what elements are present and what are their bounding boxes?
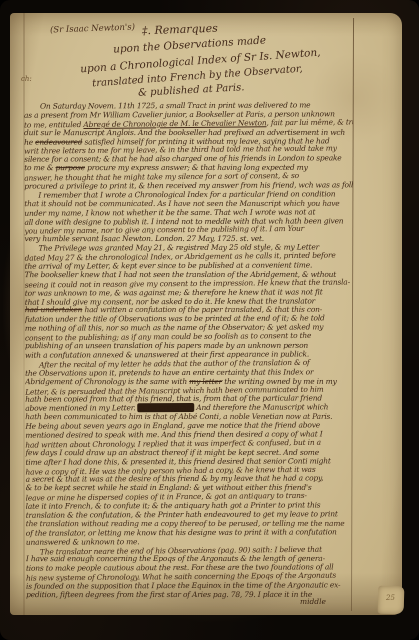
margin-note: ch: <box>21 75 32 83</box>
manuscript-line: the translation without reading me a cop… <box>26 520 355 529</box>
manuscript-line: duit sur le Manuscript Anglois. And the … <box>24 129 353 138</box>
manuscript-line: that it should not be communicated. As I… <box>24 200 353 209</box>
manuscript-line: had undertaken had written a confutation… <box>25 306 354 315</box>
manuscript-line: I have said enough concerning the Epoqs … <box>26 555 355 564</box>
manuscript-line: publishing of an unseen translation of h… <box>25 342 354 351</box>
heading-title: ‡. Remarques <box>142 22 218 38</box>
manuscript-photo: (Sr Isaac Newton's) ‡. Remarques upon th… <box>0 0 419 640</box>
manuscript-line: hath been communicated to him is that of… <box>25 413 354 422</box>
manuscript-line: few days I could draw up an abstract the… <box>25 449 354 458</box>
heading-attribution: (Sr Isaac Newton's) <box>50 23 135 36</box>
manuscript-line: very humble servant Isaac Newton. London… <box>25 235 354 244</box>
manuscript-body-text: On Saturday Novem. 11th 1725, a small Tr… <box>24 101 355 600</box>
catchword: middle <box>300 597 326 606</box>
manuscript-page: (Sr Isaac Newton's) ‡. Remarques upon th… <box>10 13 402 615</box>
folio-number: 25 <box>386 594 395 602</box>
